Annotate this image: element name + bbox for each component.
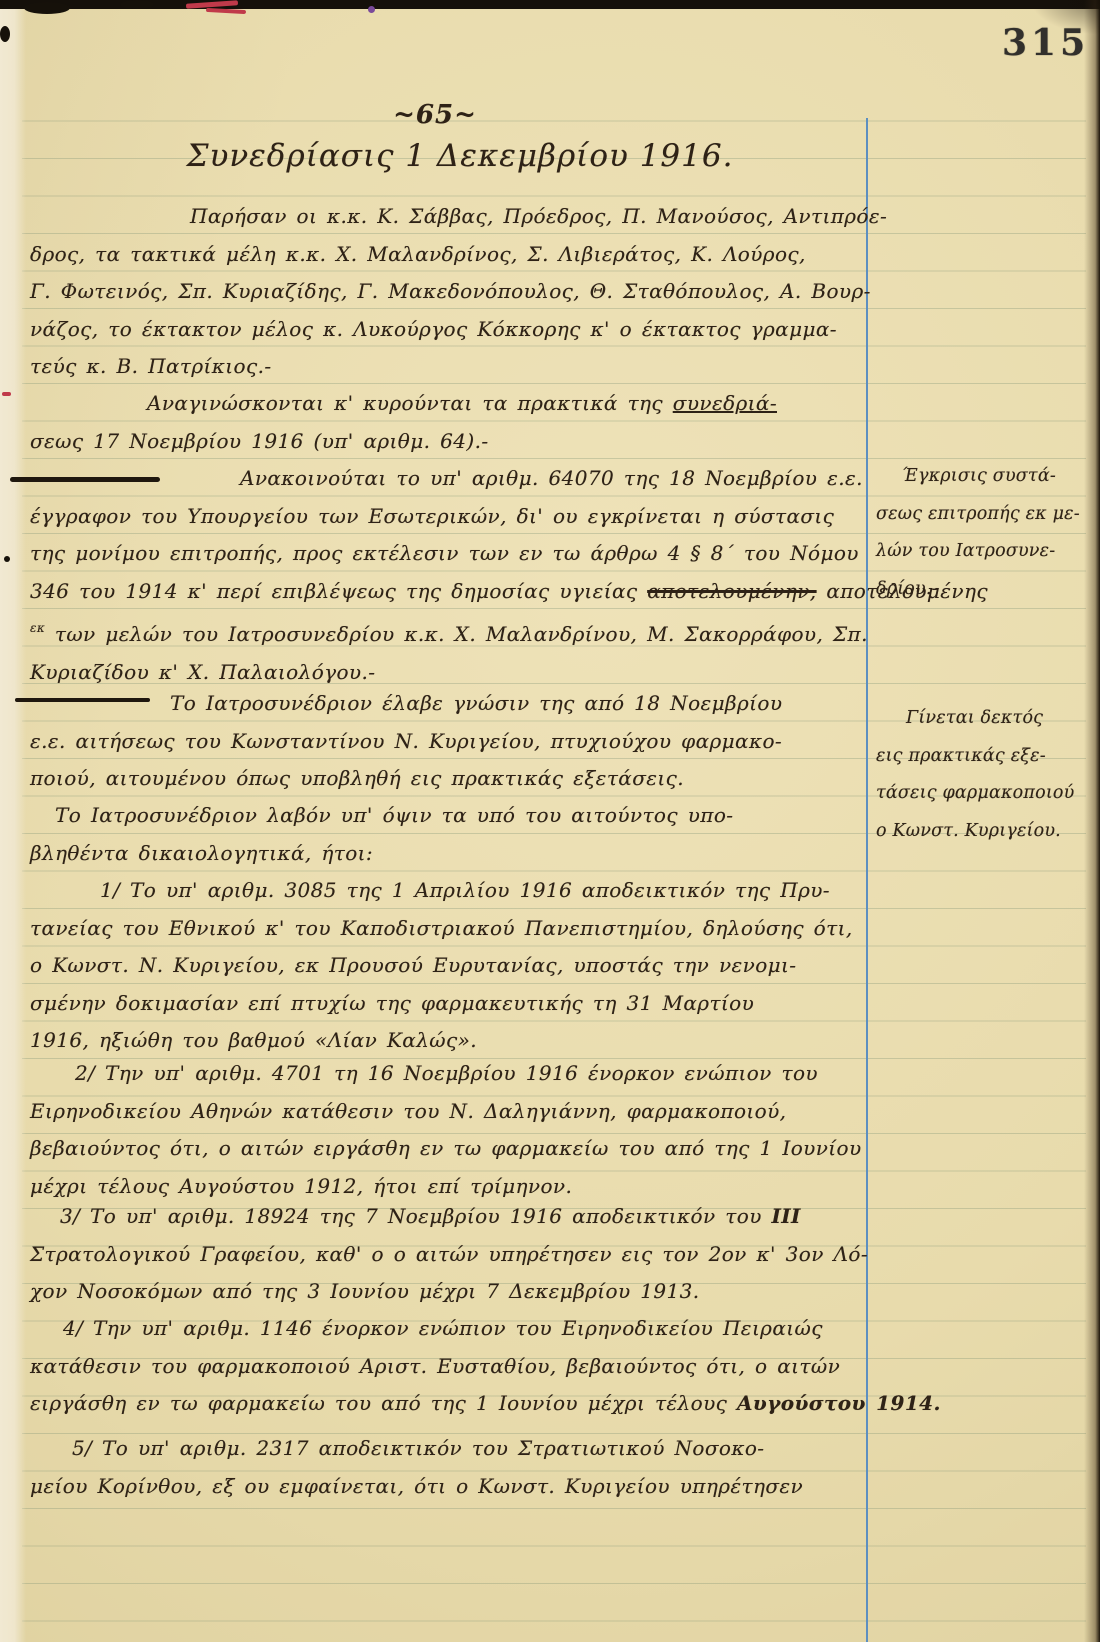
manuscript-line: ποιού, αιτουμένου όπως υποβληθή εις πρακ… bbox=[30, 760, 862, 798]
manuscript-text: βληθέντα δικαιολογητικά, ήτοι: bbox=[30, 841, 373, 865]
manuscript-text: ΙΙΙ bbox=[772, 1204, 801, 1228]
manuscript-line: βληθέντα δικαιολογητικά, ήτοι: bbox=[30, 835, 862, 873]
manuscript-line: τεύς κ. Β. Πατρίκιος.- bbox=[30, 348, 862, 386]
ink-blot bbox=[120, 0, 154, 9]
manuscript-text: ειργάσθη εν τω φαρμακείω του από της 1 Ι… bbox=[30, 1391, 737, 1415]
manuscript-line: 3/ Το υπ' αριθμ. 18924 της 7 Νοεμβρίου 1… bbox=[30, 1198, 862, 1236]
manuscript-line: Γ. Φωτεινός, Σπ. Κυριαζίδης, Γ. Μακεδονό… bbox=[30, 273, 862, 311]
manuscript-text: Γ. Φωτεινός, Σπ. Κυριαζίδης, Γ. Μακεδονό… bbox=[30, 279, 871, 303]
manuscript-line: τανείας του Εθνικού κ' του Καποδιστριακο… bbox=[30, 910, 862, 948]
manuscript-text: τάσεις φαρμακοποιού bbox=[876, 783, 1075, 803]
manuscript-line: Έγκρισις συστά- bbox=[876, 458, 1092, 496]
manuscript-text: 346 του 1914 κ' περί επιβλέψεως της δημο… bbox=[30, 579, 647, 603]
red-ink-tick bbox=[2, 392, 11, 396]
manuscript-line: Το Ιατροσυνέδριον λαβόν υπ' όψιν τα υπό … bbox=[30, 797, 862, 835]
manuscript-text: σεως επιτροπής εκ με- bbox=[876, 504, 1080, 524]
margin-note-n2: Γίνεται δεκτόςεις πρακτικάς εξε-τάσεις φ… bbox=[876, 700, 1092, 850]
manuscript-text: Στρατολογικού Γραφείου, καθ' ο ο αιτών υ… bbox=[30, 1242, 868, 1266]
manuscript-line: 1/ Το υπ' αριθμ. 3085 της 1 Απριλίου 191… bbox=[30, 872, 862, 910]
manuscript-text: Το Ιατροσυνέδριον λαβόν υπ' όψιν τα υπό … bbox=[55, 803, 733, 827]
manuscript-text: αποτελουμένην, bbox=[647, 579, 816, 603]
manuscript-line: 2/ Την υπ' αριθμ. 4701 τη 16 Νοεμβρίου 1… bbox=[30, 1055, 862, 1093]
manuscript-line: μείου Κορίνθου, εξ ου εμφαίνεται, ότι ο … bbox=[30, 1468, 862, 1506]
manuscript-line: σεως 17 Νοεμβρίου 1916 (υπ' αριθμ. 64).- bbox=[30, 423, 862, 461]
manuscript-text: της μονίμου επιτροπής, προς εκτέλεσιν τω… bbox=[30, 541, 859, 565]
manuscript-line: νάζος, το έκτακτον μέλος κ. Λυκούργος Κό… bbox=[30, 311, 862, 349]
manuscript-text: μέχρι τέλους Αυγούστου 1912, ήτοι επί τρ… bbox=[30, 1174, 572, 1198]
manuscript-line: 1916, ηξιώθη του βαθμού «Λίαν Καλώς». bbox=[30, 1022, 862, 1060]
manuscript-text: Αναγινώσκονται κ' κυρούνται τα πρακτικά … bbox=[147, 391, 673, 415]
manuscript-line: 5/ Το υπ' αριθμ. 2317 αποδεικτικόν του Σ… bbox=[30, 1430, 862, 1468]
ink-blot bbox=[0, 26, 10, 42]
paragraph-p5: Το Ιατροσυνέδριον λαβόν υπ' όψιν τα υπό … bbox=[30, 797, 862, 872]
manuscript-text: σμένην δοκιμασίαν επί πτυχίω της φαρμακε… bbox=[30, 991, 754, 1015]
manuscript-line: ο Κωνστ. Κυριγείου. bbox=[876, 813, 1092, 851]
paper-edge-top bbox=[0, 0, 1100, 9]
manuscript-line: Παρήσαν οι κ.κ. Κ. Σάββας, Πρόεδρος, Π. … bbox=[30, 198, 862, 236]
manuscript-line: Ανακοινούται το υπ' αριθμ. 64070 της 18 … bbox=[30, 460, 862, 498]
manuscript-text: δρίου.- bbox=[876, 579, 938, 599]
manuscript-line: της μονίμου επιτροπής, προς εκτέλεσιν τω… bbox=[30, 535, 862, 573]
manuscript-text: ο Κωνστ. Κυριγείου. bbox=[876, 821, 1061, 841]
paragraph-p3: Ανακοινούται το υπ' αριθμ. 64070 της 18 … bbox=[30, 460, 862, 691]
manuscript-text: 1916, ηξιώθη του βαθμού «Λίαν Καλώς». bbox=[30, 1028, 477, 1052]
manuscript-text: εκ bbox=[30, 621, 45, 635]
manuscript-line: Το Ιατροσυνέδριον έλαβε γνώσιν της από 1… bbox=[30, 685, 862, 723]
manuscript-text: Αυγούστου 1914. bbox=[737, 1391, 941, 1415]
paper-edge-left bbox=[0, 0, 26, 1642]
manuscript-line: ε.ε. αιτήσεως του Κωνσταντίνου Ν. Κυριγε… bbox=[30, 723, 862, 761]
red-ink-mark bbox=[206, 8, 246, 14]
manuscript-line: Γίνεται δεκτός bbox=[876, 700, 1092, 738]
manuscript-text: νάζος, το έκτακτον μέλος κ. Λυκούργος Κό… bbox=[30, 317, 837, 341]
manuscript-text: τεύς κ. Β. Πατρίκιος.- bbox=[30, 354, 271, 378]
manuscript-text: Παρήσαν οι κ.κ. Κ. Σάββας, Πρόεδρος, Π. … bbox=[190, 204, 887, 228]
paragraph-p1: Παρήσαν οι κ.κ. Κ. Σάββας, Πρόεδρος, Π. … bbox=[30, 198, 862, 386]
manuscript-line: Ειρηνοδικείου Αθηνών κατάθεσιν του Ν. Δα… bbox=[30, 1093, 862, 1131]
margin-note-n1: Έγκρισις συστά-σεως επιτροπής εκ με-λών … bbox=[876, 458, 1092, 608]
paragraph-p6: 1/ Το υπ' αριθμ. 3085 της 1 Απριλίου 191… bbox=[30, 872, 862, 1060]
manuscript-line: βεβαιούντος ότι, ο αιτών ειργάσθη εν τω … bbox=[30, 1130, 862, 1168]
manuscript-line: εις πρακτικάς εξε- bbox=[876, 738, 1092, 776]
manuscript-line: κατάθεσιν του φαρμακοποιού Αριστ. Ευσταθ… bbox=[30, 1348, 862, 1386]
paragraph-p4: Το Ιατροσυνέδριον έλαβε γνώσιν της από 1… bbox=[30, 685, 862, 798]
manuscript-text: εις πρακτικάς εξε- bbox=[876, 746, 1046, 766]
manuscript-line: σεως επιτροπής εκ με- bbox=[876, 496, 1092, 534]
manuscript-text: Το Ιατροσυνέδριον έλαβε γνώσιν της από 1… bbox=[170, 691, 782, 715]
manuscript-text: ο Κωνστ. Ν. Κυριγείου, εκ Προυσού Ευρυτα… bbox=[30, 953, 796, 977]
manuscript-text: λών του Ιατροσυνε- bbox=[876, 541, 1055, 561]
manuscript-text: Κυριαζίδου κ' Χ. Παλαιολόγου.- bbox=[30, 660, 375, 684]
manuscript-line: χον Νοσοκόμων από της 3 Ιουνίου μέχρι 7 … bbox=[30, 1273, 862, 1311]
session-number: ~65~ bbox=[0, 100, 870, 130]
manuscript-line: εκ των μελών του Ιατροσυνεδρίου κ.κ. Χ. … bbox=[30, 610, 862, 654]
manuscript-text: Ανακοινούται το υπ' αριθμ. 64070 της 18 … bbox=[240, 466, 863, 490]
manuscript-page: 315 ~65~ Συνεδρίασις 1 Δεκεμβρίου 1916. … bbox=[0, 0, 1100, 1642]
manuscript-text: συνεδριά- bbox=[673, 391, 777, 415]
manuscript-line: δρίου.- bbox=[876, 571, 1092, 609]
manuscript-text: 4/ Την υπ' αριθμ. 1146 ένορκον ενώπιον τ… bbox=[63, 1316, 823, 1340]
session-title: Συνεδρίασις 1 Δεκεμβρίου 1916. bbox=[0, 138, 920, 174]
manuscript-line: έγγραφον του Υπουργείου των Εσωτερικών, … bbox=[30, 498, 862, 536]
manuscript-text: Γίνεται δεκτός bbox=[906, 708, 1043, 728]
manuscript-line: Στρατολογικού Γραφείου, καθ' ο ο αιτών υ… bbox=[30, 1236, 862, 1274]
manuscript-line: 4/ Την υπ' αριθμ. 1146 ένορκον ενώπιον τ… bbox=[30, 1310, 862, 1348]
paragraph-p9: 4/ Την υπ' αριθμ. 1146 ένορκον ενώπιον τ… bbox=[30, 1310, 862, 1423]
manuscript-text: έγγραφον του Υπουργείου των Εσωτερικών, … bbox=[30, 504, 834, 528]
manuscript-text: σεως 17 Νοεμβρίου 1916 (υπ' αριθμ. 64).- bbox=[30, 429, 489, 453]
manuscript-line: ειργάσθη εν τω φαρμακείω του από της 1 Ι… bbox=[30, 1385, 862, 1423]
purple-ink-dot bbox=[368, 6, 375, 13]
paragraph-p10: 5/ Το υπ' αριθμ. 2317 αποδεικτικόν του Σ… bbox=[30, 1430, 862, 1505]
manuscript-text: των μελών του Ιατροσυνεδρίου κ.κ. Χ. Μαλ… bbox=[45, 622, 868, 646]
manuscript-line: σμένην δοκιμασίαν επί πτυχίω της φαρμακε… bbox=[30, 985, 862, 1023]
manuscript-text: ε.ε. αιτήσεως του Κωνσταντίνου Ν. Κυριγε… bbox=[30, 729, 782, 753]
manuscript-text: χον Νοσοκόμων από της 3 Ιουνίου μέχρι 7 … bbox=[30, 1279, 700, 1303]
manuscript-line: τάσεις φαρμακοποιού bbox=[876, 775, 1092, 813]
manuscript-text: 1/ Το υπ' αριθμ. 3085 της 1 Απριλίου 191… bbox=[100, 878, 830, 902]
manuscript-text: μείου Κορίνθου, εξ ου εμφαίνεται, ότι ο … bbox=[30, 1474, 803, 1498]
manuscript-line: Αναγινώσκονται κ' κυρούνται τα πρακτικά … bbox=[30, 385, 862, 423]
page-number-stamp: 315 bbox=[1002, 22, 1089, 64]
manuscript-line: λών του Ιατροσυνε- bbox=[876, 533, 1092, 571]
manuscript-line: 346 του 1914 κ' περί επιβλέψεως της δημο… bbox=[30, 573, 862, 611]
manuscript-line: δρος, τα τακτικά μέλη κ.κ. Χ. Μαλανδρίνο… bbox=[30, 236, 862, 274]
manuscript-text: κατάθεσιν του φαρμακοποιού Αριστ. Ευσταθ… bbox=[30, 1354, 840, 1378]
manuscript-text: βεβαιούντος ότι, ο αιτών ειργάσθη εν τω … bbox=[30, 1136, 862, 1160]
manuscript-text: 2/ Την υπ' αριθμ. 4701 τη 16 Νοεμβρίου 1… bbox=[75, 1061, 818, 1085]
ink-blot bbox=[24, 2, 70, 14]
manuscript-text: τανείας του Εθνικού κ' του Καποδιστριακο… bbox=[30, 916, 853, 940]
manuscript-line: ο Κωνστ. Ν. Κυριγείου, εκ Προυσού Ευρυτα… bbox=[30, 947, 862, 985]
paragraph-p8: 3/ Το υπ' αριθμ. 18924 της 7 Νοεμβρίου 1… bbox=[30, 1198, 862, 1311]
manuscript-text: Ειρηνοδικείου Αθηνών κατάθεσιν του Ν. Δα… bbox=[30, 1099, 786, 1123]
manuscript-text: ποιού, αιτουμένου όπως υποβληθή εις πρακ… bbox=[30, 766, 684, 790]
manuscript-text: δρος, τα τακτικά μέλη κ.κ. Χ. Μαλανδρίνο… bbox=[30, 242, 806, 266]
manuscript-text: 3/ Το υπ' αριθμ. 18924 της 7 Νοεμβρίου 1… bbox=[60, 1204, 772, 1228]
paragraph-p2: Αναγινώσκονται κ' κυρούνται τα πρακτικά … bbox=[30, 385, 862, 460]
manuscript-text: Έγκρισις συστά- bbox=[902, 466, 1056, 486]
ink-speck bbox=[4, 556, 10, 562]
paragraph-p7: 2/ Την υπ' αριθμ. 4701 τη 16 Νοεμβρίου 1… bbox=[30, 1055, 862, 1205]
manuscript-text: 5/ Το υπ' αριθμ. 2317 αποδεικτικόν του Σ… bbox=[72, 1436, 764, 1460]
